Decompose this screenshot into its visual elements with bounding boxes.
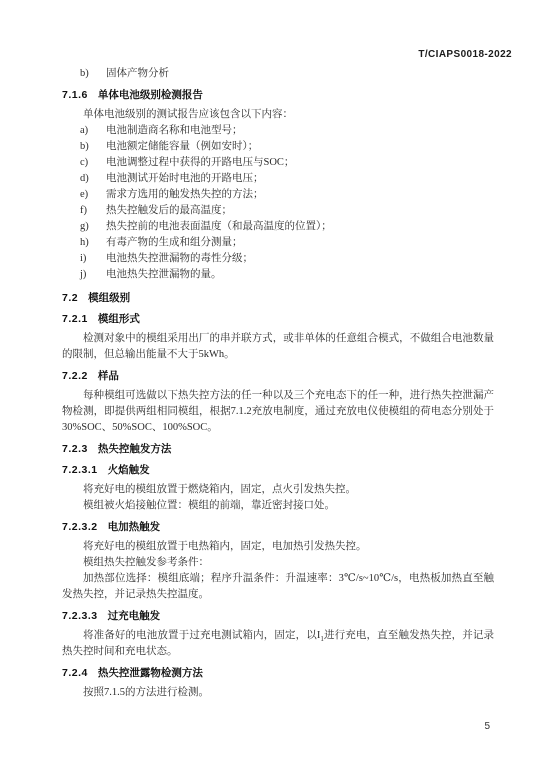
list-item-label: b) (80, 66, 106, 82)
page-number: 5 (484, 721, 490, 732)
section-title: 火焰触发 (108, 464, 150, 476)
paragraph: 加热部位选择：模组底端；程序升温条件：升温速率：3℃/s~10℃/s，电热板加热… (62, 571, 494, 603)
list-item-label: j) (80, 267, 106, 283)
list-item-label: a) (80, 123, 106, 139)
section-title: 样品 (98, 370, 119, 382)
list-item-text: 固体产物分析 (106, 66, 494, 82)
document-content: b) 固体产物分析 7.1.6单体电池级别检测报告 单体电池级别的测试报告应该包… (62, 66, 494, 701)
list-item-text: 电池调整过程中获得的开路电压与SOC； (106, 155, 494, 171)
list-item-text: 电池热失控泄漏物的量。 (106, 267, 494, 283)
section-number: 7.2.3.3 (62, 610, 98, 622)
section-heading-7-2-3-3: 7.2.3.3过充电触发 (62, 608, 494, 624)
list-item: h) 有毒产物的生成和组分测量； (62, 235, 494, 251)
section-title: 电加热触发 (108, 521, 161, 533)
list-item-text: 热失控前的电池表面温度（和最高温度的位置）； (106, 219, 494, 235)
list-item-label: d) (80, 171, 106, 187)
list-item-label: i) (80, 251, 106, 267)
list-item: g) 热失控前的电池表面温度（和最高温度的位置）； (62, 219, 494, 235)
section-number: 7.2.4 (62, 667, 88, 679)
paragraph: 模组热失控触发参考条件： (62, 555, 494, 571)
section-title: 模组级别 (88, 292, 130, 304)
section-title: 热失控触发方法 (98, 443, 172, 455)
section-number: 7.1.6 (62, 89, 88, 101)
paragraph: 每种模组可选做以下热失控方法的任一种以及三个充电态下的任一种，进行热失控泄漏产物… (62, 388, 494, 436)
section-heading-7-1-6: 7.1.6单体电池级别检测报告 (62, 87, 494, 103)
section-title: 模组形式 (98, 313, 140, 325)
list-item-text: 电池额定储能容量（例如安时）； (106, 139, 494, 155)
paragraph: 模组被火焰接触位置：模组的前端，靠近密封接口处。 (62, 498, 494, 514)
section-title: 热失控泄露物检测方法 (98, 667, 203, 679)
section-heading-7-2-1: 7.2.1模组形式 (62, 311, 494, 327)
list-item: b) 固体产物分析 (62, 66, 494, 82)
paragraph: 单体电池级别的测试报告应该包含以下内容： (62, 107, 494, 123)
list-item-label: f) (80, 203, 106, 219)
section-number: 7.2.1 (62, 313, 88, 325)
list-item-text: 电池测试开始时电池的开路电压； (106, 171, 494, 187)
paragraph: 将准备好的电池放置于过充电测试箱内，固定，以I1进行充电，直至触发热失控，并记录… (62, 628, 494, 660)
list-item-text: 电池热失控泄漏物的毒性分级； (106, 251, 494, 267)
section-title: 过充电触发 (108, 610, 161, 622)
list-item: e) 需求方选用的触发热失控的方法； (62, 187, 494, 203)
list-item-text: 有毒产物的生成和组分测量； (106, 235, 494, 251)
list-item: a) 电池制造商名称和电池型号； (62, 123, 494, 139)
list-item-label: g) (80, 219, 106, 235)
list-item: c) 电池调整过程中获得的开路电压与SOC； (62, 155, 494, 171)
paragraph: 将充好电的模组放置于电热箱内，固定，电加热引发热失控。 (62, 539, 494, 555)
section-heading-7-2-4: 7.2.4热失控泄露物检测方法 (62, 665, 494, 681)
paragraph: 检测对象中的模组采用出厂的串并联方式，或非单体的任意组合模式，不做组合电池数量的… (62, 331, 494, 363)
section-title: 单体电池级别检测报告 (98, 89, 203, 101)
standard-code-header: T/CIAPS0018-2022 (418, 49, 512, 60)
section-heading-7-2-2: 7.2.2样品 (62, 368, 494, 384)
list-item: i) 电池热失控泄漏物的毒性分级； (62, 251, 494, 267)
section-heading-7-2-3-2: 7.2.3.2电加热触发 (62, 519, 494, 535)
section-number: 7.2.2 (62, 370, 88, 382)
list-item: f) 热失控触发后的最高温度； (62, 203, 494, 219)
list-item-label: c) (80, 155, 106, 171)
list-item-label: b) (80, 139, 106, 155)
list-item-text: 热失控触发后的最高温度； (106, 203, 494, 219)
section-number: 7.2.3.2 (62, 521, 98, 533)
list-item-text: 需求方选用的触发热失控的方法； (106, 187, 494, 203)
section-heading-7-2-3-1: 7.2.3.1火焰触发 (62, 462, 494, 478)
list-item: b) 电池额定储能容量（例如安时）； (62, 139, 494, 155)
list-item-label: e) (80, 187, 106, 203)
paragraph: 按照7.1.5的方法进行检测。 (62, 685, 494, 701)
list-item-label: h) (80, 235, 106, 251)
document-page: T/CIAPS0018-2022 b) 固体产物分析 7.1.6单体电池级别检测… (0, 0, 552, 783)
section-heading-7-2-3: 7.2.3热失控触发方法 (62, 441, 494, 457)
section-number: 7.2 (62, 292, 78, 304)
section-number: 7.2.3 (62, 443, 88, 455)
list-item-text: 电池制造商名称和电池型号； (106, 123, 494, 139)
section-heading-7-2: 7.2模组级别 (62, 290, 494, 306)
list-item: j) 电池热失控泄漏物的量。 (62, 267, 494, 283)
section-number: 7.2.3.1 (62, 464, 98, 476)
paragraph: 将充好电的模组放置于燃烧箱内，固定，点火引发热失控。 (62, 482, 494, 498)
paragraph-text: 将准备好的电池放置于过充电测试箱内，固定，以I (83, 630, 320, 641)
list-item: d) 电池测试开始时电池的开路电压； (62, 171, 494, 187)
